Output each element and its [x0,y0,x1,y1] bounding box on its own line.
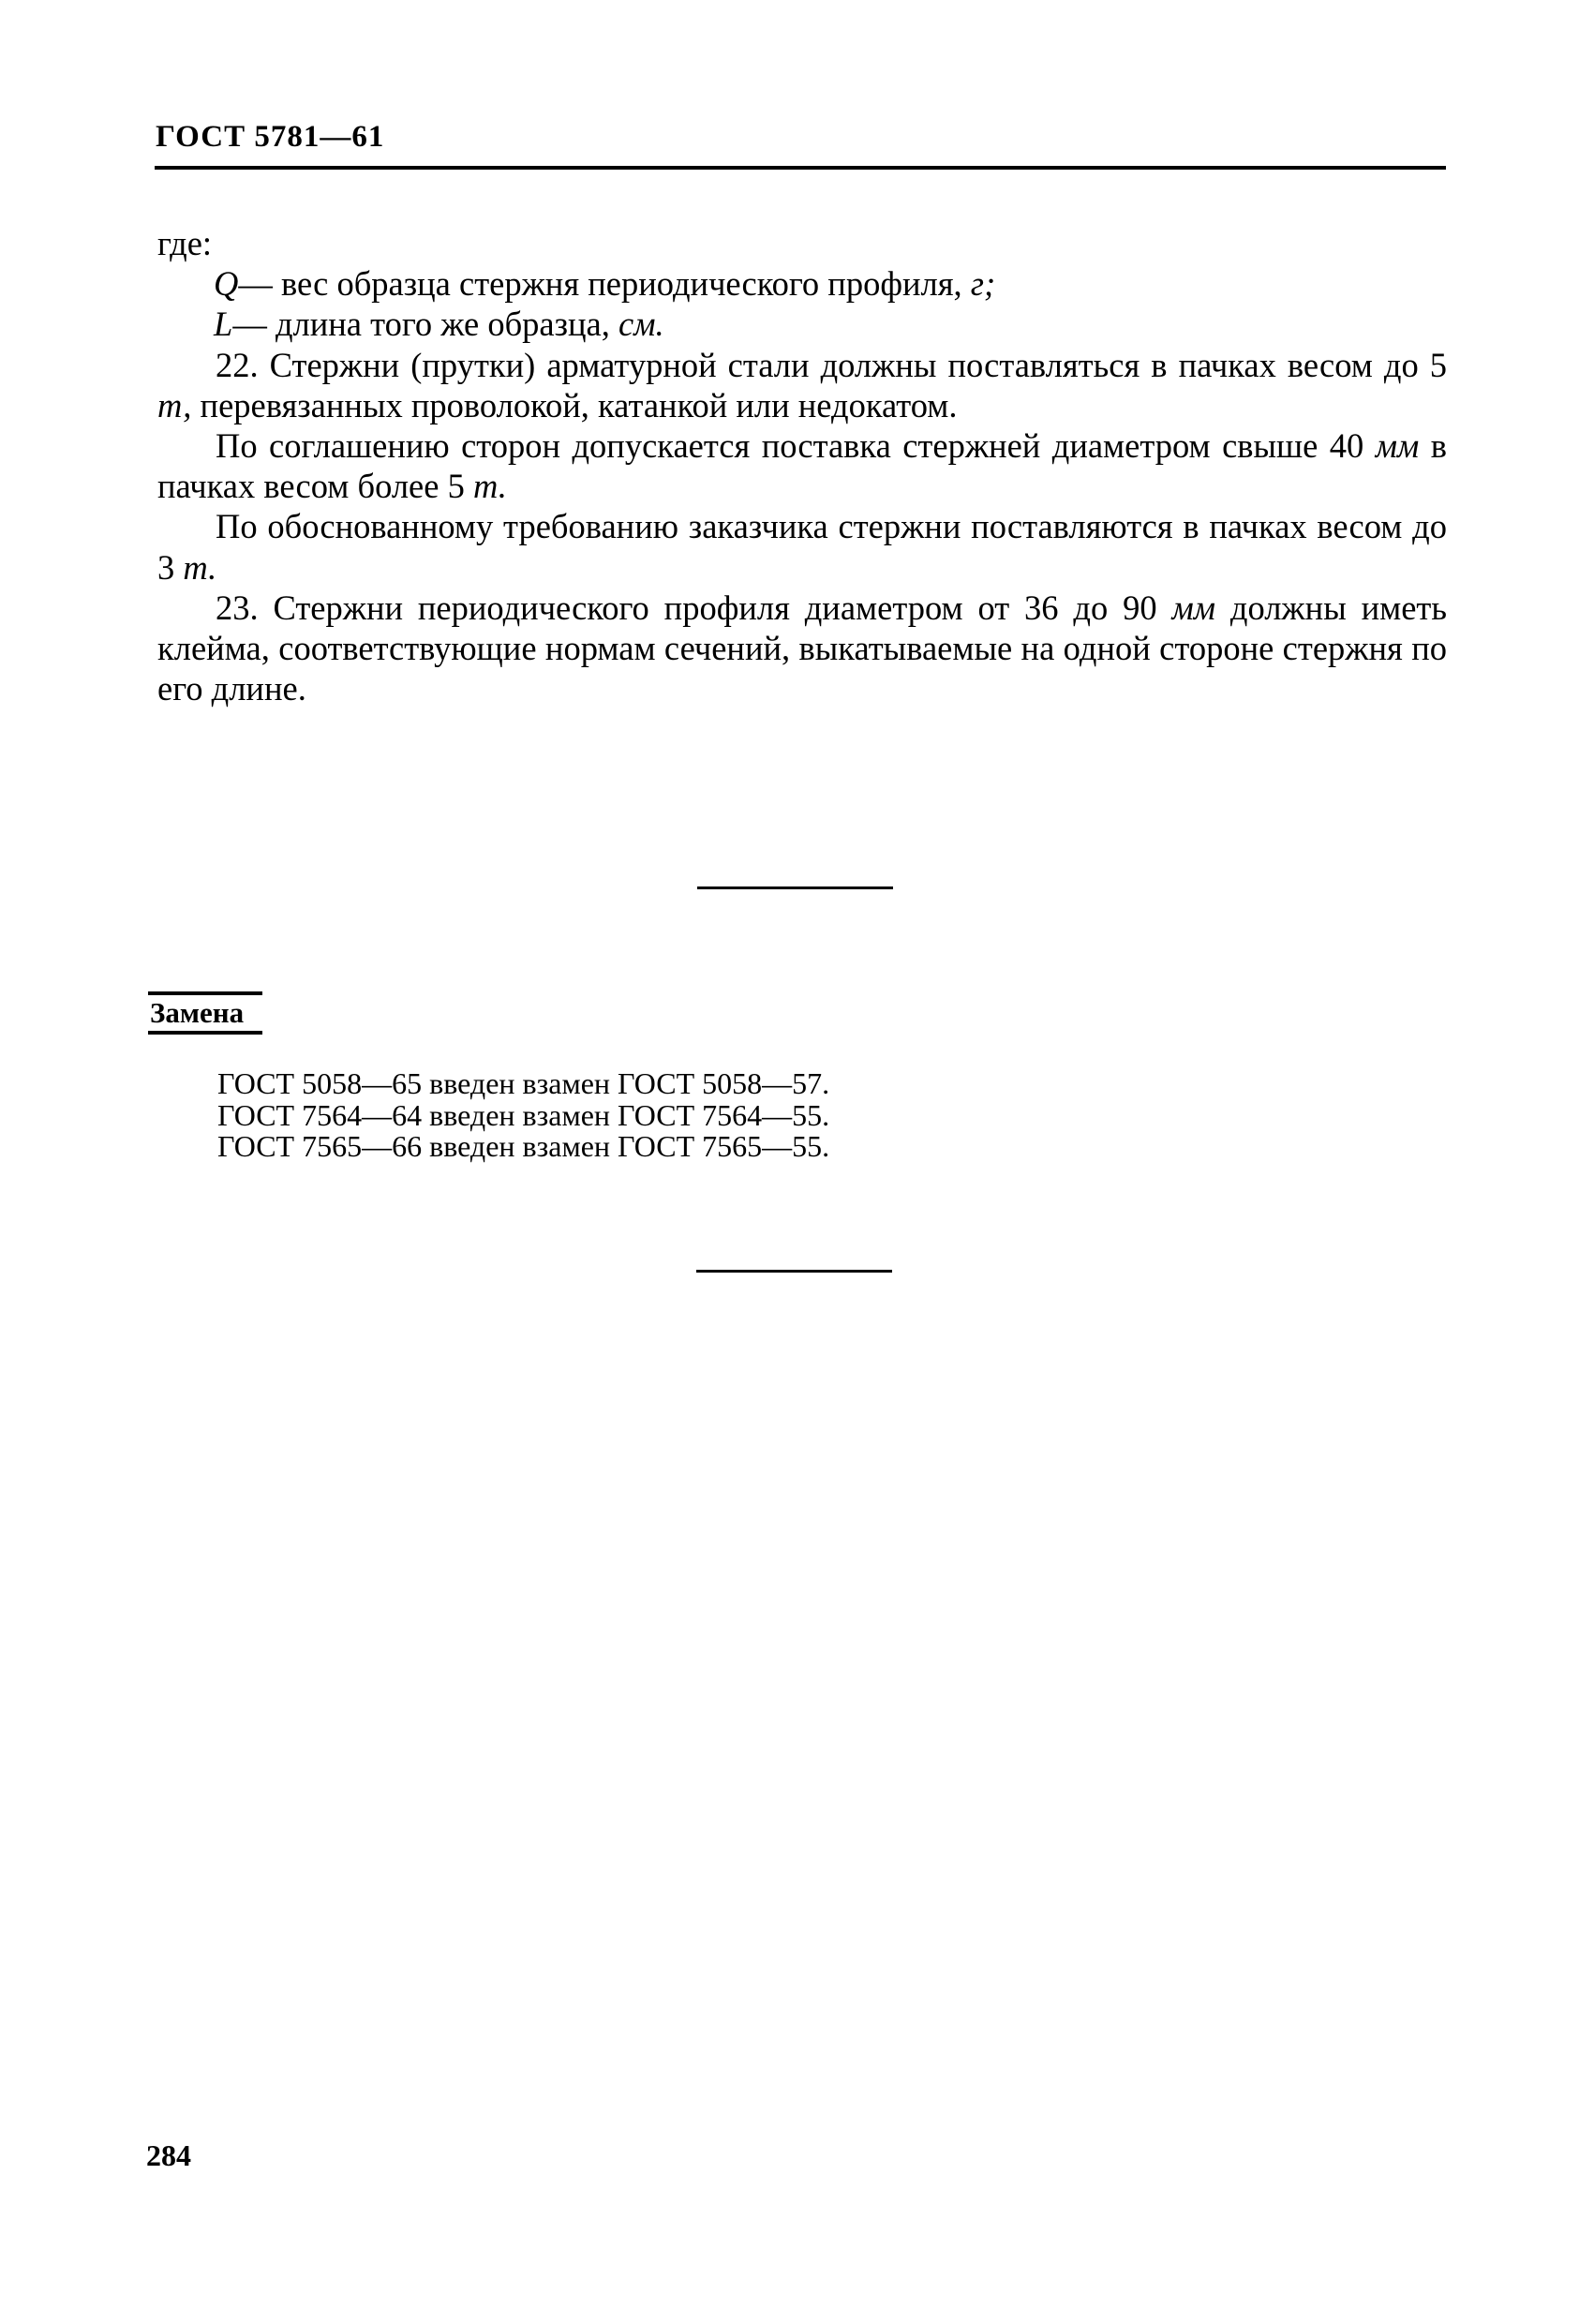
section-separator [696,1270,892,1273]
paragraph-22: 22. Стержни (прутки) арматурной стали до… [157,345,1447,425]
header-rule [155,166,1446,170]
symbol-q: Q [214,264,238,303]
replacement-item: ГОСТ 7564—64 введен взамен ГОСТ 7564—55. [217,1100,829,1132]
heading-rule-bottom [148,1031,262,1035]
definition-l: L— длина того же образца, см. [157,304,1447,344]
definition-q: Q— вес образца стержня периодического пр… [157,263,1447,304]
replacement-item: ГОСТ 7565—66 введен взамен ГОСТ 7565—55. [217,1131,829,1163]
body-text: где: Q— вес образца стержня периодическо… [157,223,1447,708]
replacement-label: Замена [148,995,262,1031]
where-label: где: [157,223,1447,263]
paragraph-23: 23. Стержни периодического профиля диаме… [157,588,1447,709]
paragraph-agreement: По соглашению сторон допускается поставк… [157,425,1447,506]
replacement-list: ГОСТ 5058—65 введен взамен ГОСТ 5058—57.… [217,1068,829,1163]
replacement-item: ГОСТ 5058—65 введен взамен ГОСТ 5058—57. [217,1068,829,1100]
replacement-heading: Замена [148,991,262,1035]
symbol-l: L [214,305,232,343]
section-separator [697,886,893,889]
document-header: ГОСТ 5781—61 [156,120,384,155]
paragraph-customer: По обоснованному требованию заказчика ст… [157,506,1447,587]
page-number: 284 [146,2138,191,2173]
